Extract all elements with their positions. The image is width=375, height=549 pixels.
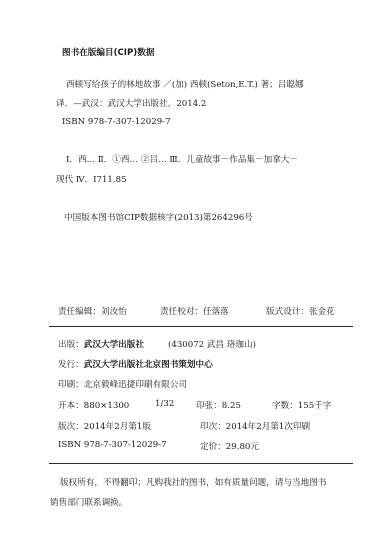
publisher-address: (430072 武昌 珞珈山)	[168, 338, 256, 350]
cip-isbn: ISBN 978-7-307-12029-7	[62, 117, 171, 127]
notice-line1: 版权所有，不得翻印；凡购我社的图书，如有质量问题，请与当地图书	[60, 476, 326, 488]
distributor-value: 武汉大学出版社北京图书策划中心	[84, 360, 213, 370]
credit-proofreader: 责任校对：任落落	[160, 305, 229, 317]
cip-subject-line1: Ⅰ．西… Ⅱ．①西… ②吕… Ⅲ．儿童故事－作品集－加拿大－	[66, 153, 298, 165]
fold: 1/32	[155, 399, 174, 409]
cip-entry-line2: 译．—武汉：武汉大学出版社，2014.2	[56, 97, 206, 109]
printer: 印刷：北京毅峰迅捷印刷有限公司	[58, 378, 187, 390]
publisher-value: 武汉大学出版社	[84, 340, 144, 350]
notice-line2: 销售部门联系调换。	[50, 496, 127, 508]
printing: 印次：2014年2月第1次印刷	[200, 420, 310, 432]
cip-subject-line2: 现代 Ⅳ．I711.85	[56, 173, 127, 185]
sheets: 印张：8.25	[196, 399, 241, 411]
format: 开本：880×1300	[58, 399, 129, 411]
cip-record-number: 中国版本图书馆CIP数据核字(2013)第264296号	[64, 211, 253, 223]
distributor-label: 发行：	[58, 360, 84, 370]
credit-designer: 版式设计：张金花	[266, 305, 335, 317]
credit-editor: 责任编辑：刘汝怡	[58, 305, 127, 317]
divider-bottom	[49, 463, 353, 464]
edition: 版次：2014年2月第1版	[58, 420, 151, 432]
publisher-row: 出版：武汉大学出版社	[58, 338, 144, 350]
publisher-label: 出版：	[58, 340, 84, 350]
cip-heading: 图书在版编目(CIP)数据	[62, 46, 154, 58]
divider-top	[49, 326, 353, 327]
distributor-row: 发行：武汉大学出版社北京图书策划中心	[58, 358, 213, 370]
price: 定价：29.80元	[200, 440, 259, 452]
word-count: 字数：155千字	[272, 399, 331, 411]
cip-entry-line1: 西顿写给孩子的林地故事 ／(加) 西顿(Seton,E.T.) 著；吕聪娜	[66, 78, 304, 90]
isbn: ISBN 978-7-307-12029-7	[58, 440, 167, 450]
